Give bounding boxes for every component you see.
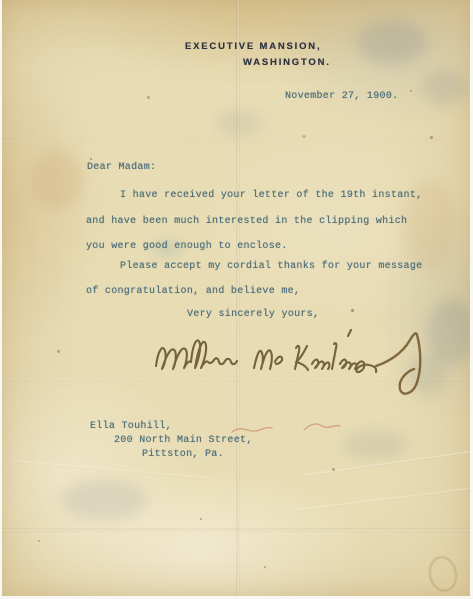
foxing-speck — [147, 96, 150, 99]
foxing-speck — [38, 540, 40, 542]
scan-edge-left — [0, 0, 2, 599]
diagonal-crease-2 — [292, 487, 471, 512]
foxing-speck — [90, 158, 92, 160]
horizontal-fold-crease-lower — [2, 528, 470, 532]
body-line-2: and have been much interested in the cli… — [86, 216, 407, 227]
foxing-speck — [200, 518, 202, 520]
smudge-stain — [422, 70, 467, 105]
diagonal-crease-3 — [12, 459, 212, 479]
foxing-speck — [430, 136, 433, 139]
amber-stain — [32, 150, 82, 210]
foxing-speck — [410, 90, 412, 92]
letterhead-line2: WASHINGTON. — [243, 57, 331, 68]
foxing-speck — [302, 135, 306, 138]
foxing-speck — [264, 566, 266, 568]
body-line-5: of congratulation, and believe me, — [86, 286, 300, 297]
smudge-stain — [62, 480, 147, 520]
foxing-speck — [332, 468, 335, 471]
letterhead-line1: EXECUTIVE MANSION, — [185, 41, 321, 52]
foxing-speck — [351, 309, 354, 312]
recipient-city: Pittston, Pa. — [142, 449, 224, 460]
scanned-letter-photo: EXECUTIVE MANSION, WASHINGTON. November … — [0, 0, 473, 599]
ring-stain — [426, 553, 461, 594]
recipient-street: 200 North Main Street, — [114, 435, 253, 446]
date-line: November 27, 1900. — [285, 91, 398, 102]
smudge-stain — [357, 20, 427, 65]
closing-line: Very sincerely yours, — [187, 309, 319, 320]
horizontal-fold-crease-upper — [2, 139, 470, 143]
smudge-stain — [342, 430, 407, 460]
vertical-fold-crease — [236, 0, 240, 596]
signature-william-mckinley — [150, 322, 440, 404]
body-line-4: Please accept my cordial thanks for your… — [120, 261, 422, 272]
recipient-name: Ella Touhill, — [90, 421, 172, 432]
smudge-stain — [217, 110, 262, 136]
foxing-speck — [57, 350, 60, 353]
salutation: Dear Madam: — [87, 162, 156, 173]
body-line-3: you were good enough to enclose. — [86, 241, 288, 252]
body-line-1: I have received your letter of the 19th … — [120, 190, 422, 201]
letter-paper: EXECUTIVE MANSION, WASHINGTON. November … — [2, 0, 470, 596]
